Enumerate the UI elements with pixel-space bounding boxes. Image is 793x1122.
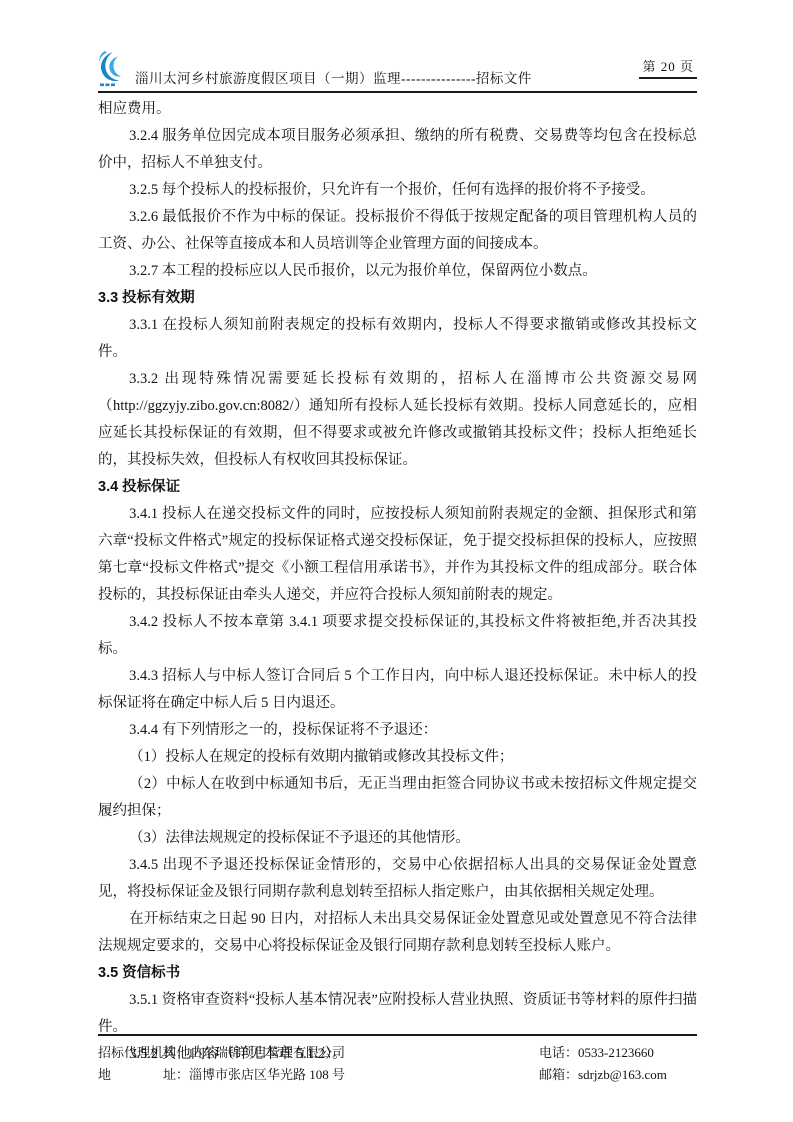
list-item-1: （1）投标人在规定的投标有效期内撤销或修改其投标文件； — [98, 744, 697, 771]
agency-value: 山东瑞锦项目管理有限公司 — [189, 1045, 345, 1060]
para-3-4-5-cont: 在开标结束之日起 90 日内，对招标人未出具交易保证金处置意见或处置意见不符合法… — [98, 906, 697, 960]
para-3-4-5: 3.4.5 出现不予退还投标保证金情形的，交易中心依据招标人出具的交易保证金处置… — [98, 852, 697, 906]
page-footer: 招标代理机构：山东瑞锦项目管理有限公司 地 址：淄博市张店区华光路 108 号 … — [98, 1034, 697, 1086]
company-logo-icon — [98, 50, 130, 88]
address-row: 地 址：淄博市张店区华光路 108 号 — [98, 1064, 345, 1086]
footer-grid: 招标代理机构：山东瑞锦项目管理有限公司 地 址：淄博市张店区华光路 108 号 … — [98, 1042, 697, 1086]
phone-label: 电话： — [539, 1045, 578, 1060]
para-3-2-7: 3.2.7 本工程的投标应以人民币报价，以元为报价单位，保留两位小数点。 — [98, 258, 697, 285]
para-3-2-5: 3.2.5 每个投标人的投标报价，只允许有一个报价，任何有选择的报价将不予接受。 — [98, 177, 697, 204]
footer-left-column: 招标代理机构：山东瑞锦项目管理有限公司 地 址：淄博市张店区华光路 108 号 — [98, 1042, 345, 1086]
heading-3-4: 3.4 投标保证 — [98, 474, 697, 501]
continuation-line: 相应费用。 — [98, 96, 697, 123]
email-label: 邮箱： — [539, 1067, 578, 1082]
agency-label: 招标代理机构： — [98, 1045, 189, 1060]
email-row: 邮箱：sdrjzb@163.com — [539, 1064, 697, 1086]
page-header: 淄川太河乡村旅游度假区项目（一期）监理---------------招标文件 第… — [98, 50, 697, 93]
para-3-2-4: 3.2.4 服务单位因完成本项目服务必须承担、缴纳的所有税费、交易费等均包含在投… — [98, 123, 697, 177]
para-3-4-3: 3.4.3 招标人与中标人签订合同后 5 个工作日内，向中标人退还投标保证。未中… — [98, 663, 697, 717]
list-item-2: （2）中标人在收到中标通知书后，无正当理由拒签合同协议书或未按招标文件规定提交履… — [98, 771, 697, 825]
phone-row: 电话：0533-2123660 — [539, 1042, 697, 1064]
document-title: 淄川太河乡村旅游度假区项目（一期）监理---------------招标文件 — [135, 70, 532, 88]
address-label: 地 址： — [98, 1067, 189, 1082]
page-number: 第 20 页 — [639, 59, 697, 79]
email-value: sdrjzb@163.com — [578, 1067, 667, 1082]
para-3-4-1: 3.4.1 投标人在递交投标文件的同时，应按投标人须知前附表规定的金额、担保形式… — [98, 501, 697, 609]
footer-right-column: 电话：0533-2123660 邮箱：sdrjzb@163.com — [539, 1042, 697, 1086]
para-3-3-1: 3.3.1 在投标人须知前附表规定的投标有效期内，投标人不得要求撤销或修改其投标… — [98, 312, 697, 366]
para-3-5-1: 3.5.1 资格审查资料“投标人基本情况表”应附投标人营业执照、资质证书等材料的… — [98, 987, 697, 1041]
heading-3-5: 3.5 资信标书 — [98, 960, 697, 987]
heading-3-3: 3.3 投标有效期 — [98, 285, 697, 312]
address-value: 淄博市张店区华光路 108 号 — [189, 1067, 345, 1082]
document-body: 相应费用。 3.2.4 服务单位因完成本项目服务必须承担、缴纳的所有税费、交易费… — [98, 96, 697, 1068]
para-3-4-4: 3.4.4 有下列情形之一的，投标保证将不予退还： — [98, 717, 697, 744]
agency-row: 招标代理机构：山东瑞锦项目管理有限公司 — [98, 1042, 345, 1064]
list-item-3: （3）法律法规规定的投标保证不予退还的其他情形。 — [98, 825, 697, 852]
para-3-2-6: 3.2.6 最低报价不作为中标的保证。投标报价不得低于按规定配备的项目管理机构人… — [98, 204, 697, 258]
para-3-4-2: 3.4.2 投标人不按本章第 3.4.1 项要求提交投标保证的,其投标文件将被拒… — [98, 609, 697, 663]
para-3-3-2: 3.3.2 出现特殊情况需要延长投标有效期的，招标人在淄博市公共资源交易网（ht… — [98, 366, 697, 474]
document-page: 淄川太河乡村旅游度假区项目（一期）监理---------------招标文件 第… — [0, 0, 793, 1122]
phone-value: 0533-2123660 — [578, 1045, 654, 1060]
header-left: 淄川太河乡村旅游度假区项目（一期）监理---------------招标文件 — [98, 50, 532, 88]
